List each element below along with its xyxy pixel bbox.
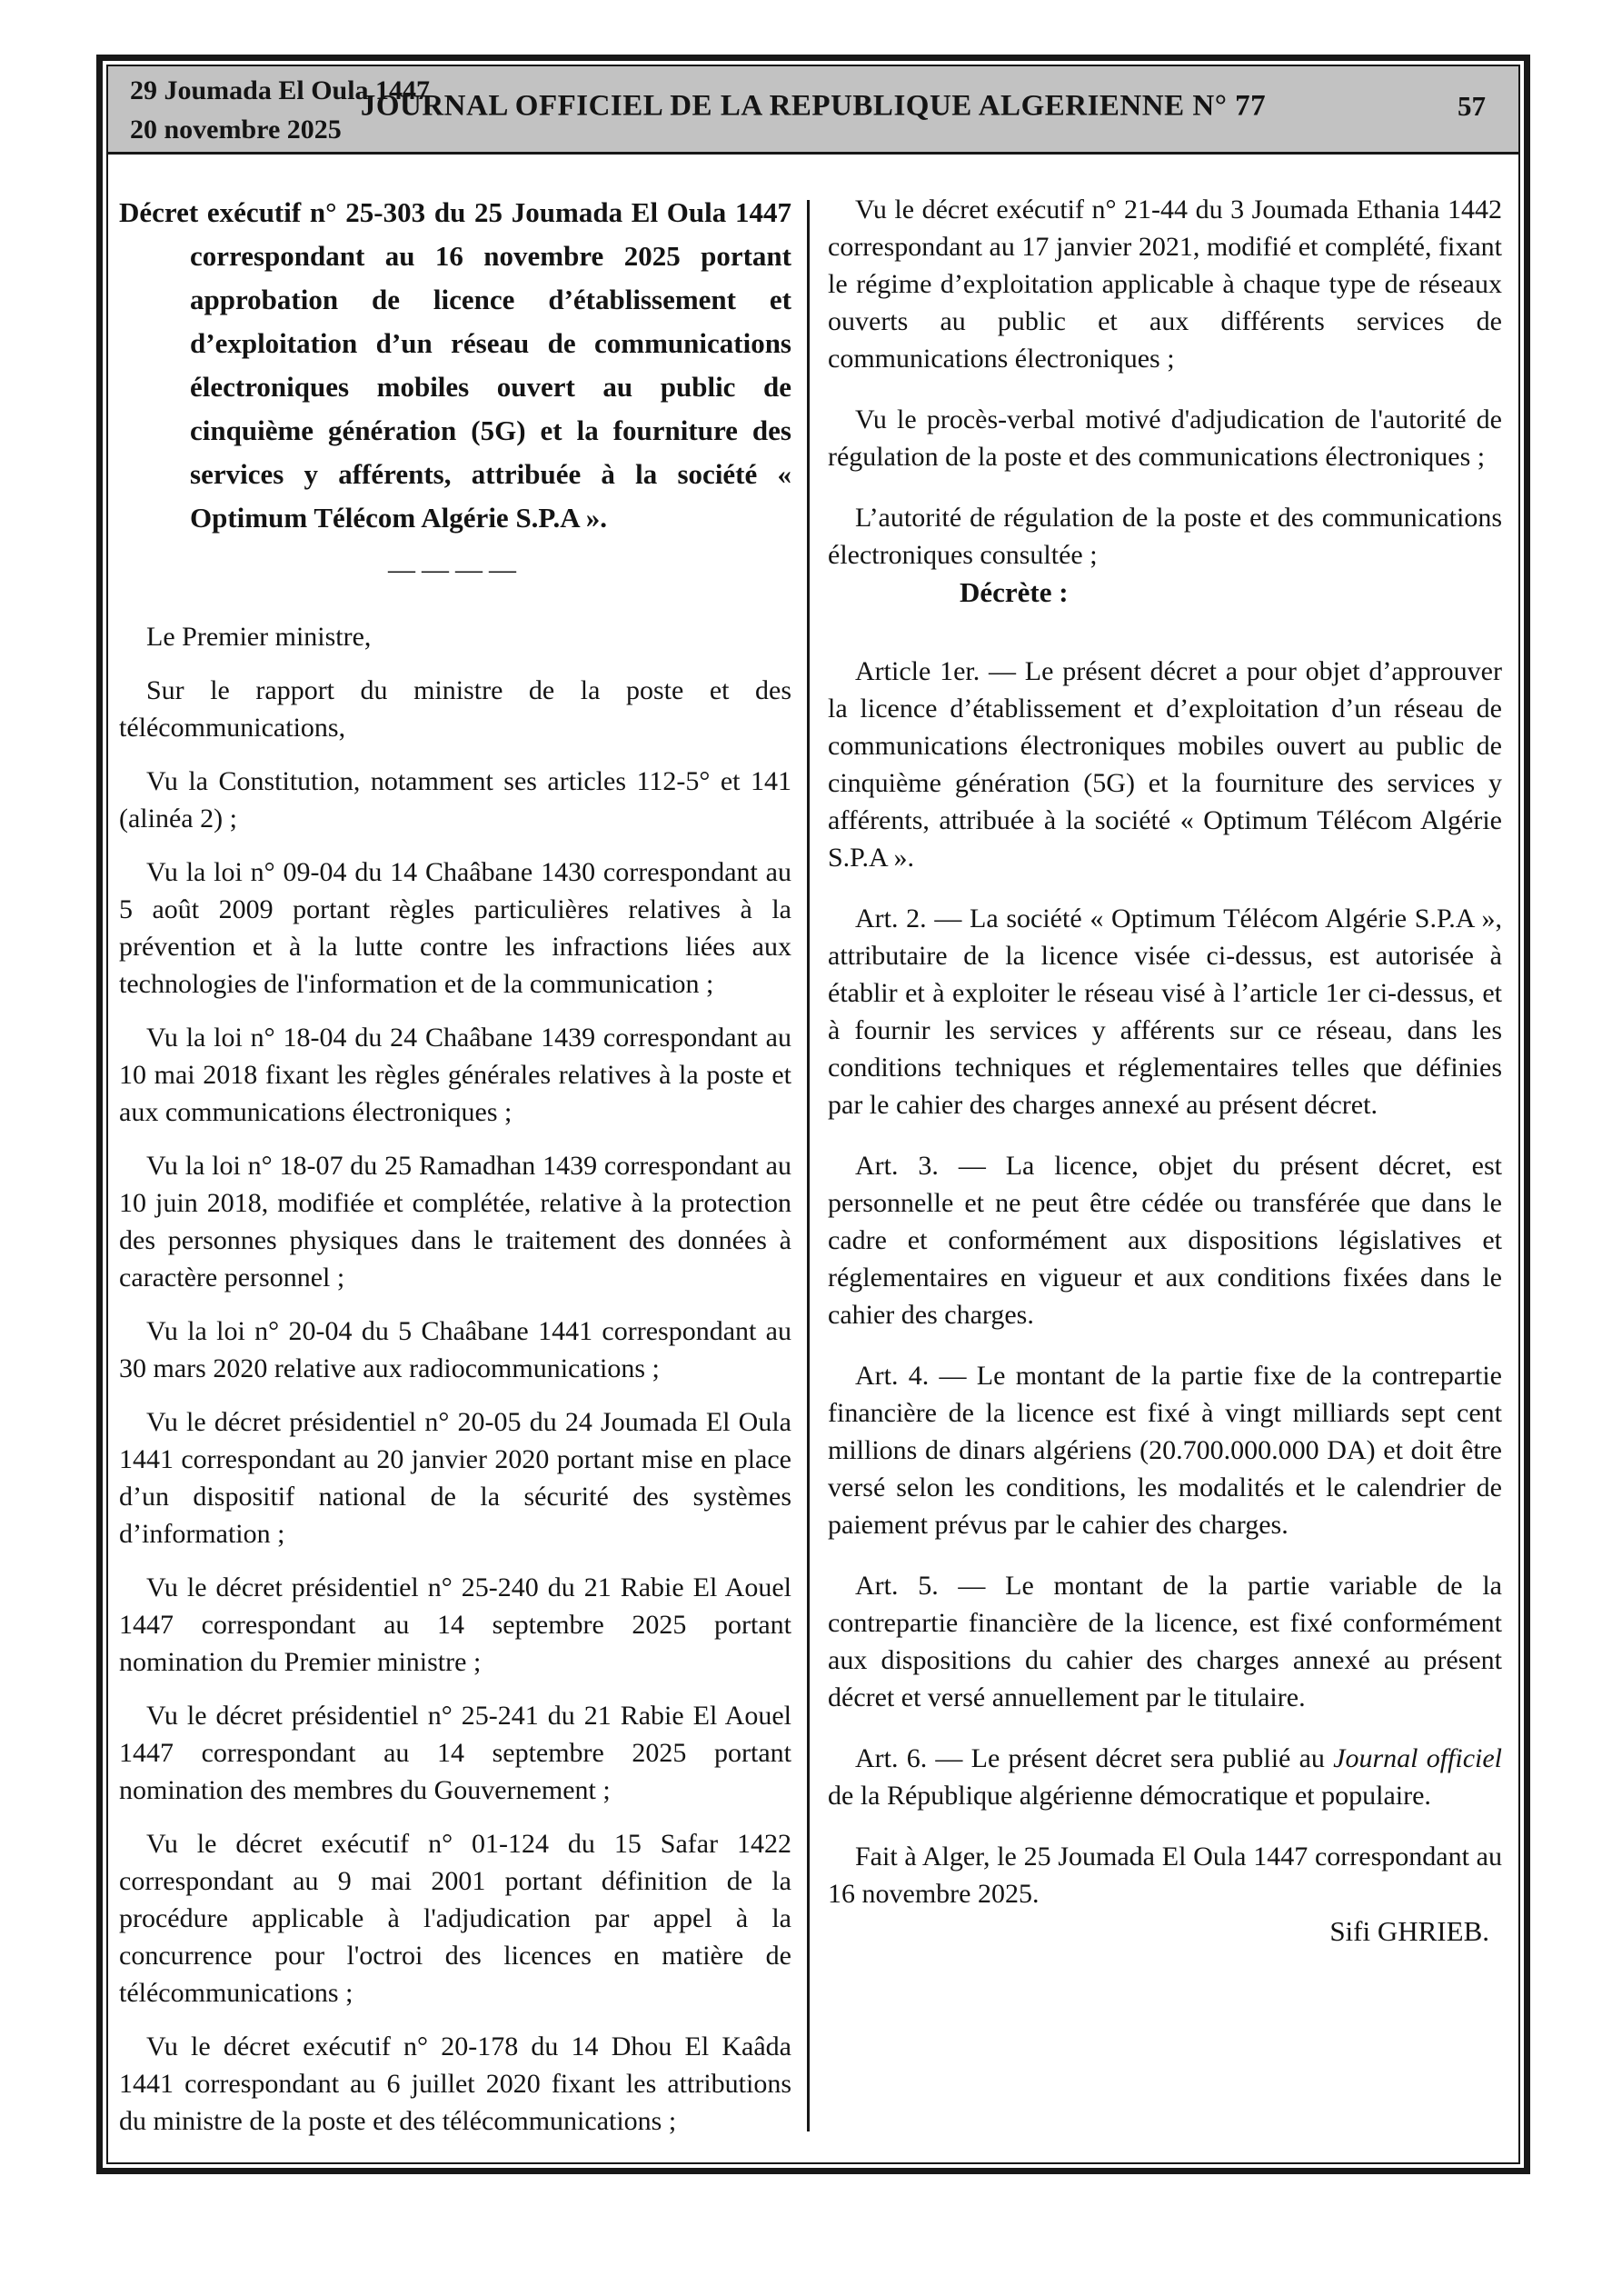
vu-clause: Vu le décret exécutif n° 21-44 du 3 Joum… (828, 191, 1502, 377)
decrete-heading: Décrète : (828, 574, 1502, 612)
article-3: Art. 3. — La licence, objet du présent d… (828, 1147, 1502, 1333)
article-5: Art. 5. — Le montant de la partie variab… (828, 1567, 1502, 1716)
consultation-clause: L’autorité de régulation de la poste et … (828, 499, 1502, 574)
vu-clause: Vu le procès-verbal motivé d'adjudicatio… (828, 401, 1502, 475)
closing-statement: Fait à Alger, le 25 Joumada El Oula 1447… (828, 1838, 1502, 1912)
vu-clause: Vu la loi n° 18-04 du 24 Chaâbane 1439 c… (119, 1019, 791, 1131)
page-inner-frame: 29 Joumada El Oula 1447 20 novembre 2025… (106, 65, 1520, 2164)
signature: Sifi GHRIEB. (828, 1912, 1502, 1951)
paragraph-rapport: Sur le rapport du ministre de la poste e… (119, 672, 791, 746)
vu-clause: Vu le décret exécutif n° 20-178 du 14 Dh… (119, 2028, 791, 2140)
page-frame: 29 Joumada El Oula 1447 20 novembre 2025… (96, 55, 1530, 2174)
article-6: Art. 6. — Le présent décret sera publié … (828, 1740, 1502, 1814)
vu-clause: Vu la Constitution, notamment ses articl… (119, 763, 791, 837)
section-separator: ———— (119, 551, 791, 589)
article-1: Article 1er. — Le présent décret a pour … (828, 653, 1502, 876)
vu-clause: Vu le décret présidentiel n° 25-240 du 2… (119, 1569, 791, 1681)
vu-clause: Vu la loi n° 09-04 du 14 Chaâbane 1430 c… (119, 854, 791, 1003)
journal-title: JOURNAL OFFICIEL DE LA REPUBLIQUE ALGERI… (108, 90, 1518, 124)
decree-title: Décret exécutif n° 25-303 du 25 Joumada … (119, 191, 791, 540)
journal-officiel-italic: Journal officiel (1333, 1743, 1502, 1773)
journal-page: { "header": { "date_hijri": "29 Joumada … (0, 0, 1622, 2296)
column-divider (807, 200, 810, 2131)
article-2: Art. 2. — La société « Optimum Télécom A… (828, 900, 1502, 1123)
paragraph-premier-ministre: Le Premier ministre, (119, 618, 791, 655)
right-column: Vu le décret exécutif n° 21-44 du 3 Joum… (828, 155, 1502, 1951)
vu-clause: Vu la loi n° 18-07 du 25 Ramadhan 1439 c… (119, 1147, 791, 1296)
vu-clause: Vu le décret présidentiel n° 20-05 du 24… (119, 1403, 791, 1552)
page-number: 57 (1458, 90, 1486, 123)
page-content: Décret exécutif n° 25-303 du 25 Joumada … (108, 155, 1518, 2162)
vu-clause: Vu le décret exécutif n° 01-124 du 15 Sa… (119, 1825, 791, 2011)
vu-clause: Vu la loi n° 20-04 du 5 Chaâbane 1441 co… (119, 1313, 791, 1387)
page-header: 29 Joumada El Oula 1447 20 novembre 2025… (108, 66, 1518, 155)
article-6-text: Art. 6. — Le présent décret sera publié … (855, 1743, 1333, 1773)
left-column: Décret exécutif n° 25-303 du 25 Joumada … (119, 155, 791, 2140)
vu-clause: Vu le décret présidentiel n° 25-241 du 2… (119, 1697, 791, 1809)
article-4: Art. 4. — Le montant de la partie fixe d… (828, 1357, 1502, 1543)
article-6-text-end: de la République algérienne démocratique… (828, 1781, 1431, 1811)
